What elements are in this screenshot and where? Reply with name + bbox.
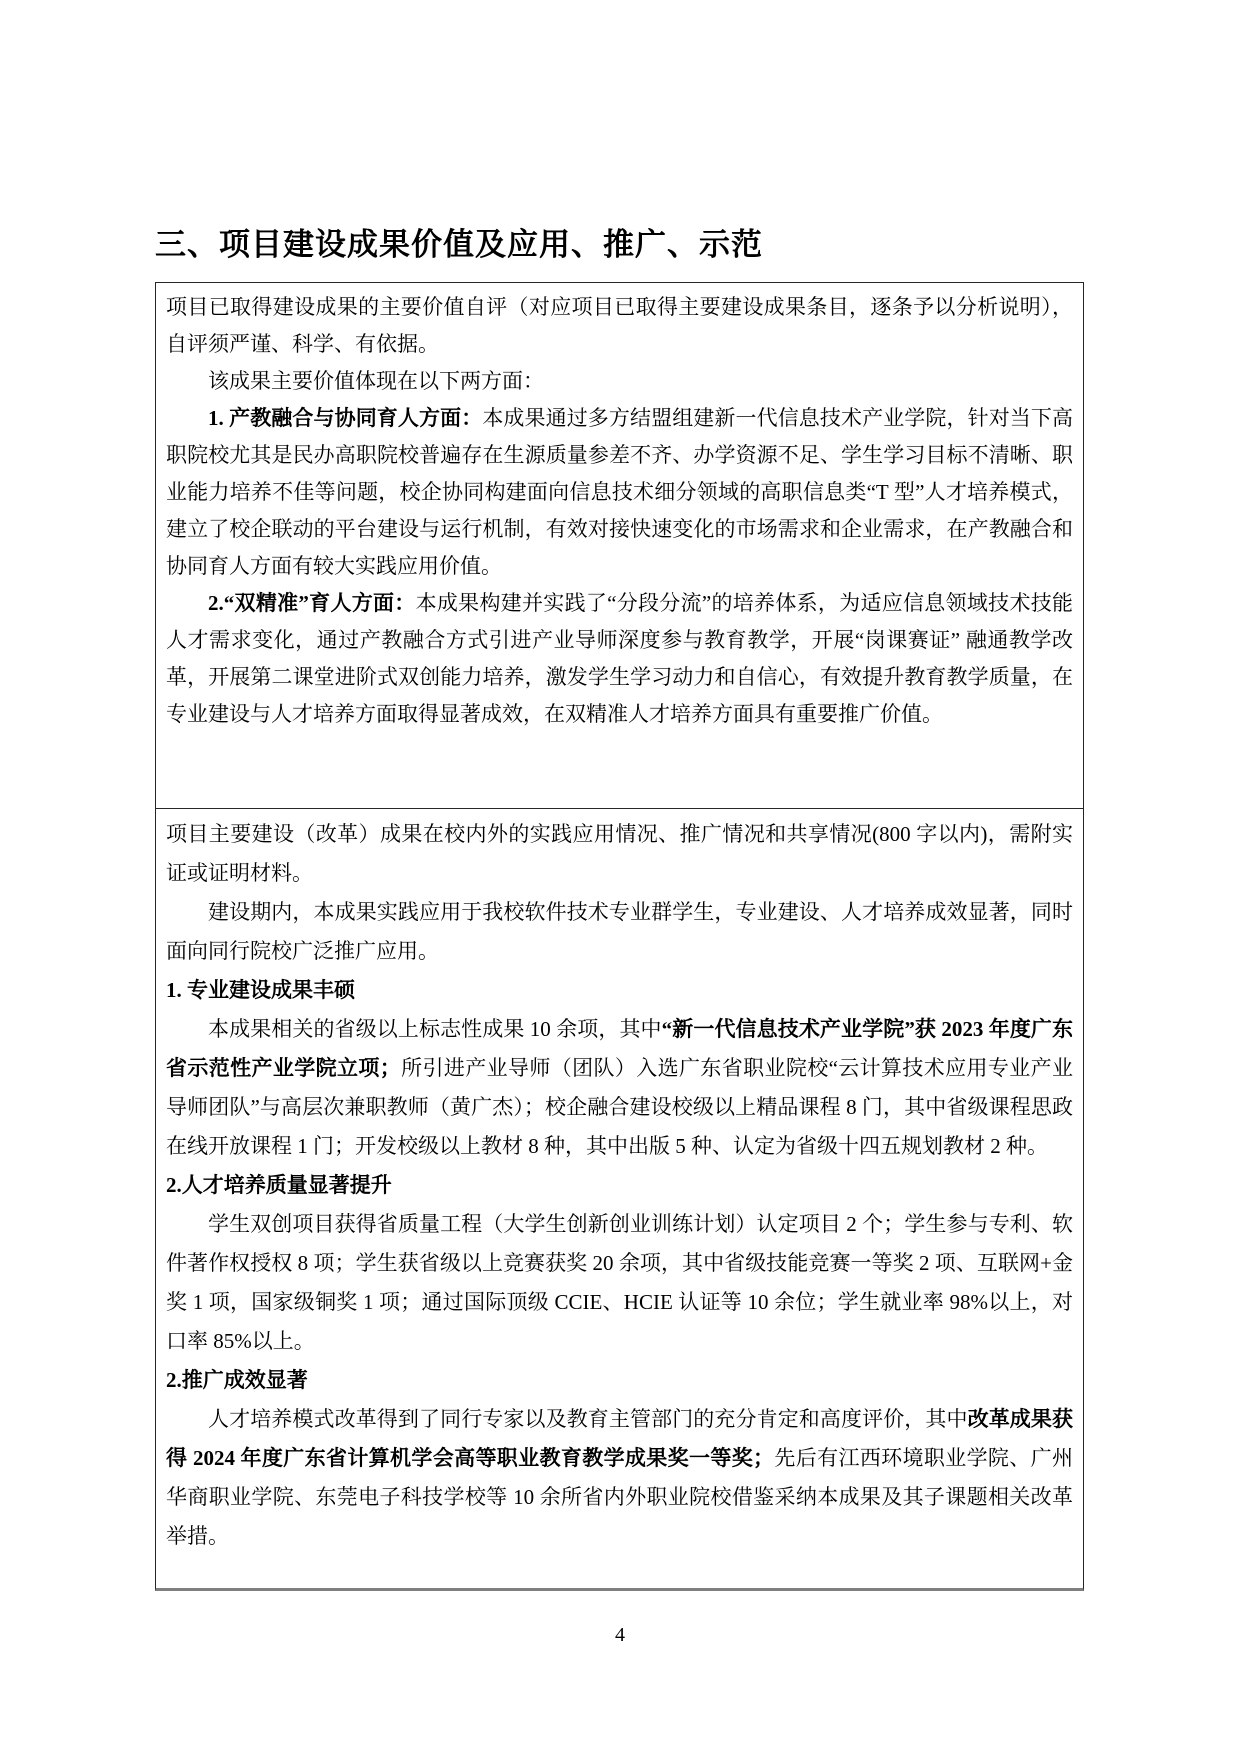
page-number: 4 — [0, 1624, 1240, 1647]
paragraph: 项目已取得建设成果的主要价值自评（对应项目已取得主要建设成果条目，逐条予以分析说… — [166, 289, 1073, 363]
section-title: 三、项目建设成果价值及应用、推广、示范 — [155, 219, 763, 264]
paragraph: 2.“双精准”育人方面：本成果构建并实践了“分段分流”的培养体系，为适应信息领域… — [166, 585, 1073, 733]
text-run: 建设期内，本成果实践应用于我校软件技术专业群学生，专业建设、人才培养成效显著，同… — [166, 900, 1073, 963]
bold-text-run: 2.“双精准”育人方面： — [208, 591, 416, 615]
text-run: 本成果通过多方结盟组建新一代信息技术产业学院，针对当下高职院校尤其是民办高职院校… — [166, 406, 1073, 578]
text-run: 项目已取得建设成果的主要价值自评（对应项目已取得主要建设成果条目，逐条予以分析说… — [166, 295, 1073, 356]
document-page: 三、项目建设成果价值及应用、推广、示范 项目已取得建设成果的主要价值自评（对应项… — [0, 0, 1240, 1753]
bold-text-run: 1. 产教融合与协同育人方面： — [208, 406, 482, 430]
paragraph: 本成果相关的省级以上标志性成果 10 余项，其中“新一代信息技术产业学院”获 2… — [166, 1010, 1073, 1166]
text-run: 学生双创项目获得省质量工程（大学生创新创业训练计划）认定项目 2 个；学生参与专… — [166, 1212, 1073, 1353]
paragraph: 项目主要建设（改革）成果在校内外的实践应用情况、推广情况和共享情况(800 字以… — [166, 815, 1073, 893]
table-cell-value-self-evaluation: 项目已取得建设成果的主要价值自评（对应项目已取得主要建设成果条目，逐条予以分析说… — [156, 283, 1083, 808]
text-run: 本成果相关的省级以上标志性成果 10 余项，其中 — [208, 1017, 662, 1041]
bold-text-run: 1. 专业建设成果丰硕 — [166, 978, 355, 1002]
paragraph: 1. 产教融合与协同育人方面：本成果通过多方结盟组建新一代信息技术产业学院，针对… — [166, 400, 1073, 585]
bold-text-run: 2.推广成效显著 — [166, 1368, 308, 1392]
text-run: 该成果主要价值体现在以下两方面： — [208, 369, 544, 393]
paragraph: 建设期内，本成果实践应用于我校软件技术专业群学生，专业建设、人才培养成效显著，同… — [166, 893, 1073, 971]
text-run: 项目主要建设（改革）成果在校内外的实践应用情况、推广情况和共享情况(800 字以… — [166, 822, 1073, 885]
paragraph: 学生双创项目获得省质量工程（大学生创新创业训练计划）认定项目 2 个；学生参与专… — [166, 1205, 1073, 1361]
paragraph: 人才培养模式改革得到了同行专家以及教育主管部门的充分肯定和高度评价，其中改革成果… — [166, 1400, 1073, 1556]
text-run: 人才培养模式改革得到了同行专家以及教育主管部门的充分肯定和高度评价，其中 — [208, 1407, 968, 1431]
section-heading: 1. 专业建设成果丰硕 — [166, 971, 1073, 1010]
paragraph: 该成果主要价值体现在以下两方面： — [166, 363, 1073, 400]
section-heading: 2.人才培养质量显著提升 — [166, 1166, 1073, 1205]
section-heading: 2.推广成效显著 — [166, 1361, 1073, 1400]
bold-text-run: 2.人才培养质量显著提升 — [166, 1173, 392, 1197]
table-cell-application-promotion: 项目主要建设（改革）成果在校内外的实践应用情况、推广情况和共享情况(800 字以… — [156, 808, 1083, 1588]
form-table: 项目已取得建设成果的主要价值自评（对应项目已取得主要建设成果条目，逐条予以分析说… — [155, 282, 1084, 1591]
